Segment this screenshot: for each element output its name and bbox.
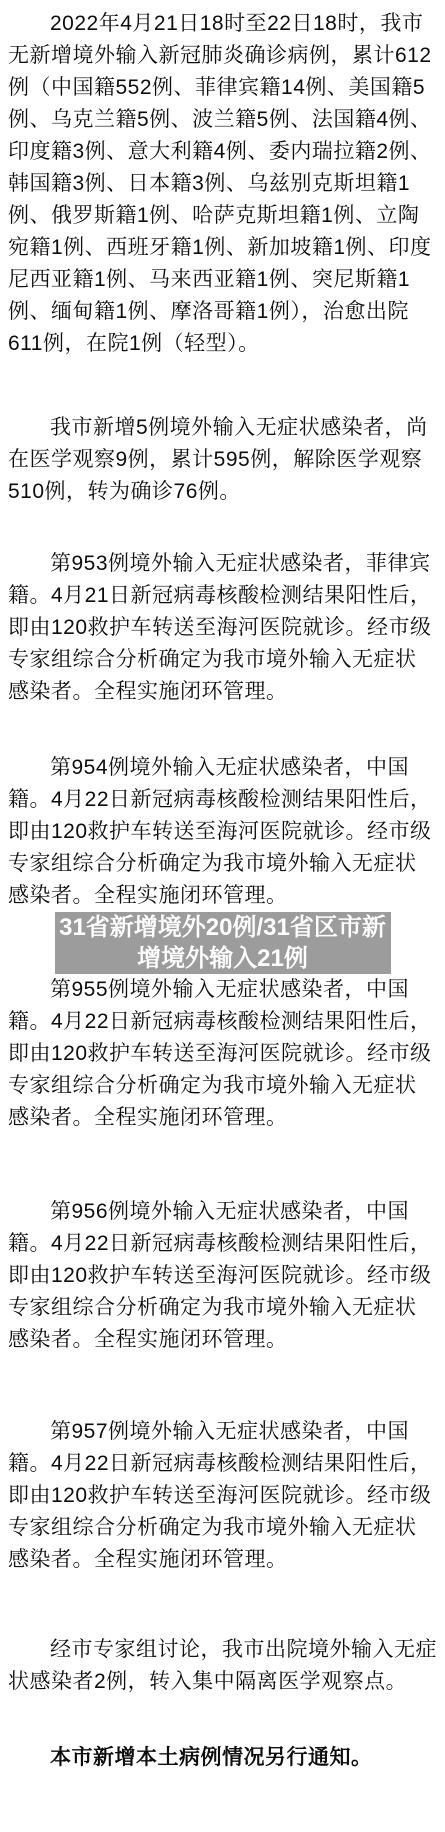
paragraph-confirmed-cases-summary: 2022年4月21日18时至22日18时，我市无新增境外输入新冠肺炎确诊病例，累… <box>8 8 437 360</box>
paragraph-case-956: 第956例境外输入无症状感染者，中国籍。4月22日新冠病毒核酸检测结果阳性后，即… <box>8 1196 437 1356</box>
paragraph-case-953: 第953例境外输入无症状感染者，菲律宾籍。4月21日新冠病毒核酸检测结果阳性后，… <box>8 548 437 708</box>
overlay-title-banner: 31省新增境外20例/31省区市新增境外输入21例 <box>55 912 391 974</box>
paragraph-asymptomatic-summary: 我市新增5例境外输入无症状感染者，尚在医学观察9例，累计595例，解除医学观察5… <box>8 412 437 508</box>
paragraph-local-cases-notice: 本市新增本土病例情况另行通知。 <box>8 1742 437 1774</box>
paragraph-case-955: 第955例境外输入无症状感染者，中国籍。4月22日新冠病毒核酸检测结果阳性后，即… <box>8 974 437 1134</box>
paragraph-case-957: 第957例境外输入无症状感染者，中国籍。4月22日新冠病毒核酸检测结果阳性后，即… <box>8 1416 437 1576</box>
paragraph-case-954: 第954例境外输入无症状感染者，中国籍。4月22日新冠病毒核酸检测结果阳性后，即… <box>8 752 437 912</box>
paragraph-discharged-note: 经市专家组讨论，我市出院境外输入无症状感染者2例，转入集中隔离医学观察点。 <box>8 1634 437 1698</box>
overlay-title-text: 31省新增境外20例/31省区市新增境外输入21例 <box>57 912 389 974</box>
article-page: 2022年4月21日18时至22日18时，我市无新增境外输入新冠肺炎确诊病例，累… <box>0 0 445 1832</box>
